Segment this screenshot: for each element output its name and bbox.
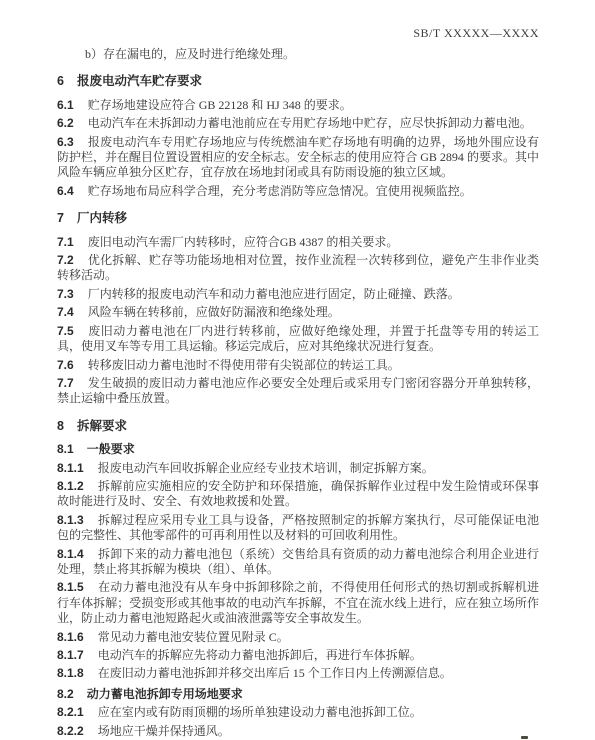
clause-text: 电动汽车的拆解应先将动力蓄电池拆卸后，再进行车体拆解。: [98, 648, 422, 662]
clause-text: 场地应干燥并保持通风。: [98, 724, 230, 738]
clause-text: b）存在漏电的，应及时进行绝缘处理。: [85, 47, 295, 61]
clause-number: 8.1.4: [57, 547, 84, 561]
clause-number: 8.1.2: [57, 479, 84, 493]
clause-text: 贮存场地建设应符合 GB 22128 和 HJ 348 的要求。: [88, 98, 352, 112]
clause-7-5: 7.5废旧动力蓄电池在厂内进行转移前，应做好绝缘处理，并置于托盘等专用的转运工具…: [57, 324, 539, 355]
doc-code-header: SB/T XXXXX—XXXX: [413, 26, 539, 41]
document-content: b）存在漏电的，应及时进行绝缘处理。6报废电动汽车贮存要求6.1贮存场地建设应符…: [57, 44, 539, 740]
clause-7-4: 7.4风险车辆在转移前，应做好防漏液和绝缘处理。: [57, 305, 539, 320]
clause-number: 8.2.2: [57, 724, 84, 738]
clause-7-3: 7.3厂内转移的报废电动汽车和动力蓄电池应进行固定，防止碰撞、跌落。: [57, 287, 539, 302]
clause-number: 7.5: [57, 324, 74, 338]
clause-7-7: 7.7发生破损的废旧动力蓄电池应作必要安全处理后或采用专门密闭容器分开单独转移，…: [57, 376, 539, 407]
clause-text: 拆解要求: [77, 419, 127, 433]
clause-text: 在动力蓄电池没有从车身中拆卸移除之前，不得使用任何形式的热切割或拆解机进行车体拆…: [57, 580, 539, 625]
clause-text: 废旧电动汽车需厂内转移时，应符合GB 4387 的相关要求。: [88, 235, 399, 249]
clause-number: 8: [57, 419, 64, 433]
list-item-b: b）存在漏电的，应及时进行绝缘处理。: [57, 47, 539, 62]
clause-7-1: 7.1废旧电动汽车需厂内转移时，应符合GB 4387 的相关要求。: [57, 235, 539, 250]
clause-number: 6.4: [57, 184, 74, 198]
section-heading-8-2: 8.2动力蓄电池拆卸专用场地要求: [57, 687, 539, 702]
clause-7-6: 7.6转移废旧动力蓄电池时不得使用带有尖锐部位的转运工具。: [57, 358, 539, 373]
clause-7-2: 7.2优化拆解、贮存等功能场地相对位置，按作业流程一次转移到位，避免产生非作业类…: [57, 253, 539, 284]
clause-number: 7.6: [57, 358, 74, 372]
clause-6-4: 6.4贮存场地布局应科学合理，充分考虑消防等应急情况。宜使用视频监控。: [57, 184, 539, 199]
clause-8-1-6: 8.1.6常见动力蓄电池安装位置见附录 C。: [57, 630, 539, 645]
clause-number: 7: [57, 211, 64, 225]
clause-number: 8.1.7: [57, 648, 84, 662]
chapter-8: 8拆解要求: [57, 419, 539, 434]
document-page: SB/T XXXXX—XXXX b）存在漏电的，应及时进行绝缘处理。6报废电动汽…: [0, 0, 595, 740]
clause-number: 8.1.5: [57, 580, 84, 594]
clause-8-2-2: 8.2.2场地应干燥并保持通风。: [57, 724, 539, 739]
clause-number: 8.1: [57, 442, 74, 456]
clause-text: 报废电动汽车贮存要求: [77, 74, 202, 88]
clause-text: 拆解前应实施相应的安全防护和环保措施，确保拆解作业过程中发生险情或环保事故时能进…: [57, 479, 539, 508]
clause-number: 8.1.1: [57, 461, 84, 475]
clause-text: 废旧动力蓄电池在厂内进行转移前，应做好绝缘处理，并置于托盘等专用的转运工具，使用…: [57, 324, 539, 353]
clause-number: 8.2.1: [57, 705, 84, 719]
clause-8-1-8: 8.1.8在废旧动力蓄电池拆卸并移交出库后 15 个工作日内上传溯源信息。: [57, 666, 539, 681]
clause-8-2-1: 8.2.1应在室内或有防雨顶棚的场所单独建设动力蓄电池拆卸工位。: [57, 705, 539, 720]
clause-8-1-7: 8.1.7电动汽车的拆解应先将动力蓄电池拆卸后，再进行车体拆解。: [57, 648, 539, 663]
clause-text: 拆解过程应采用专业工具与设备，严格按照制定的拆解方案执行，尽可能保证电池包的完整…: [57, 513, 539, 542]
clause-text: 厂内转移: [77, 211, 127, 225]
clause-number: 7.3: [57, 287, 74, 301]
clause-text: 电动汽车在未拆卸动力蓄电池前应在专用贮存场地中贮存，应尽快拆卸动力蓄电池。: [88, 116, 532, 130]
clause-8-1-2: 8.1.2拆解前应实施相应的安全防护和环保措施，确保拆解作业过程中发生险情或环保…: [57, 479, 539, 510]
clause-text: 贮存场地布局应科学合理，充分考虑消防等应急情况。宜使用视频监控。: [88, 184, 472, 198]
clause-number: 6: [57, 74, 64, 88]
clause-number: 6.3: [57, 135, 74, 149]
clause-number: 8.1.8: [57, 666, 84, 680]
section-heading-8-1: 8.1一般要求: [57, 442, 539, 457]
clause-text: 应在室内或有防雨顶棚的场所单独建设动力蓄电池拆卸工位。: [98, 705, 422, 719]
clause-text: 优化拆解、贮存等功能场地相对位置，按作业流程一次转移到位，避免产生非作业类转移活…: [57, 253, 539, 282]
clause-text: 风险车辆在转移前，应做好防漏液和绝缘处理。: [88, 305, 340, 319]
clause-text: 报废电动汽车回收拆解企业应经专业技术培训，制定拆解方案。: [98, 461, 434, 475]
clause-text: 拆卸下来的动力蓄电池包（系统）交售给具有资质的动力蓄电池综合利用企业进行处理，禁…: [57, 547, 539, 576]
clause-number: 8.1.6: [57, 630, 84, 644]
clause-number: 8.2: [57, 687, 74, 701]
page-bottom-artifact: [521, 736, 528, 739]
clause-8-1-1: 8.1.1报废电动汽车回收拆解企业应经专业技术培训，制定拆解方案。: [57, 461, 539, 476]
clause-8-1-3: 8.1.3拆解过程应采用专业工具与设备，严格按照制定的拆解方案执行，尽可能保证电…: [57, 513, 539, 544]
clause-number: 8.1.3: [57, 513, 84, 527]
clause-6-2: 6.2电动汽车在未拆卸动力蓄电池前应在专用贮存场地中贮存，应尽快拆卸动力蓄电池。: [57, 116, 539, 131]
clause-8-1-4: 8.1.4拆卸下来的动力蓄电池包（系统）交售给具有资质的动力蓄电池综合利用企业进…: [57, 547, 539, 578]
clause-text: 动力蓄电池拆卸专用场地要求: [87, 687, 243, 701]
clause-6-3: 6.3报废电动汽车专用贮存场地应与传统燃油车贮存场地有明确的边界，场地外围应设有…: [57, 135, 539, 181]
clause-number: 7.7: [57, 376, 74, 390]
clause-text: 厂内转移的报废电动汽车和动力蓄电池应进行固定，防止碰撞、跌落。: [88, 287, 460, 301]
clause-number: 6.1: [57, 98, 74, 112]
chapter-7: 7厂内转移: [57, 211, 539, 226]
clause-text: 在废旧动力蓄电池拆卸并移交出库后 15 个工作日内上传溯源信息。: [98, 666, 452, 680]
clause-text: 转移废旧动力蓄电池时不得使用带有尖锐部位的转运工具。: [88, 358, 400, 372]
clause-number: 6.2: [57, 116, 74, 130]
clause-text: 一般要求: [87, 442, 135, 456]
clause-text: 发生破损的废旧动力蓄电池应作必要安全处理后或采用专门密闭容器分开单独转移，禁止运…: [57, 376, 539, 405]
chapter-6: 6报废电动汽车贮存要求: [57, 74, 539, 89]
clause-number: 7.1: [57, 235, 74, 249]
clause-6-1: 6.1贮存场地建设应符合 GB 22128 和 HJ 348 的要求。: [57, 98, 539, 113]
clause-8-1-5: 8.1.5在动力蓄电池没有从车身中拆卸移除之前，不得使用任何形式的热切割或拆解机…: [57, 580, 539, 626]
clause-text: 常见动力蓄电池安装位置见附录 C。: [98, 630, 289, 644]
clause-number: 7.2: [57, 253, 74, 267]
clause-number: 7.4: [57, 305, 74, 319]
clause-text: 报废电动汽车专用贮存场地应与传统燃油车贮存场地有明确的边界，场地外围应设有防护栏…: [57, 135, 539, 180]
